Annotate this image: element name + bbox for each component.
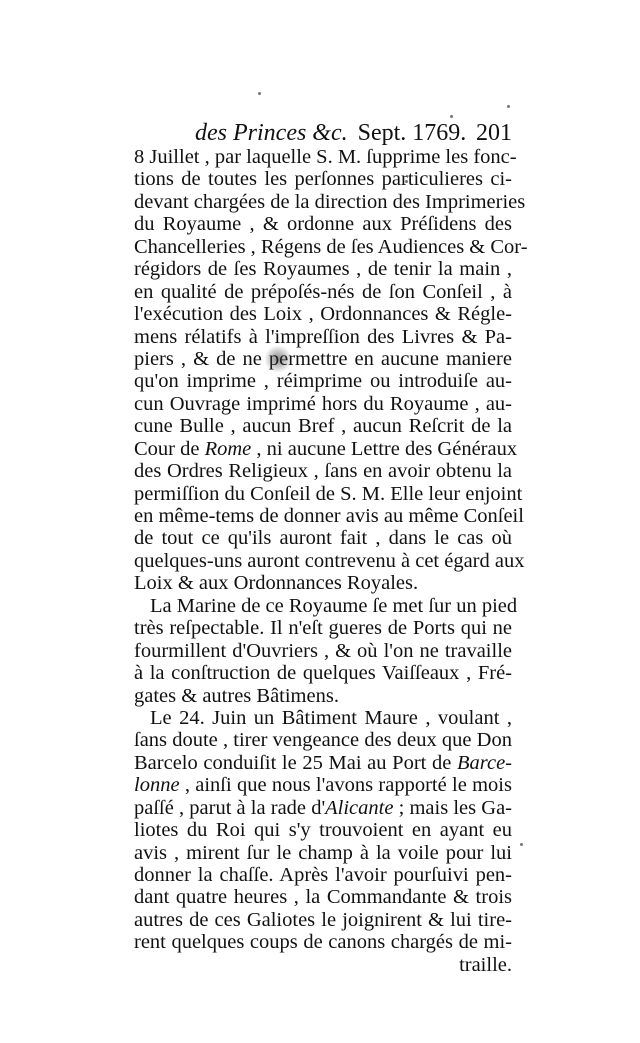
text-line: paſſé , parut à la rade d'Alicante ; mai… <box>134 797 512 819</box>
text-line: autres de ces Galiotes le joignirent & l… <box>134 909 512 931</box>
italic-term: Alicante <box>325 797 393 819</box>
text-line: tions de toutes les perſonnes particulie… <box>134 168 512 190</box>
italic-term: lonne <box>134 774 180 796</box>
text-line: de tout ce qu'ils auront fait , dans le … <box>134 527 512 549</box>
text-line: 8 Juillet , par laquelle S. M. ſupprime … <box>134 146 512 168</box>
scan-speck <box>258 92 261 95</box>
text-line: quelques-uns auront contrevenu à cet éga… <box>134 550 512 572</box>
text-line: donner la chaſſe. Après l'avoir pourſuiv… <box>134 864 512 886</box>
text-line: liotes du Roi qui s'y trouvoient en ayan… <box>134 819 512 841</box>
text-line: La Marine de ce Royaume ſe met ſur un pi… <box>134 595 512 617</box>
text-line: cune Bulle , aucun Bref , aucun Reſcrit … <box>134 415 512 437</box>
text-line: à la conſtruction de quelques Vaiſſeaux … <box>134 662 512 684</box>
running-head-title: des Princes &c. <box>195 120 348 146</box>
text-line: rent quelques coups de canons chargés de… <box>134 931 512 953</box>
body-text: 8 Juillet , par laquelle S. M. ſupprime … <box>134 146 512 976</box>
text-line: régidors de ſes Royaumes , de tenir la m… <box>134 258 512 280</box>
page-number: 201 <box>476 118 512 148</box>
book-page: des Princes &c. Sept. 1769. 201 8 Juille… <box>0 0 640 1043</box>
text-line: du Royaume , & ordonne aux Préſidens des <box>134 213 512 235</box>
text-line: dant quatre heures , la Commandante & tr… <box>134 886 512 908</box>
text-line: avis , mirent ſur le champ à la voile po… <box>134 842 512 864</box>
text-line: piers , & de ne permettre en aucune mani… <box>134 348 512 370</box>
scan-speck <box>507 105 510 108</box>
text-line: cun Ouvrage imprimé hors du Royaume , au… <box>134 393 512 415</box>
running-head-date: Sept. 1769. <box>358 120 467 146</box>
text-line: ſans doute , tirer vengeance des deux qu… <box>134 729 512 751</box>
scan-speck <box>520 843 523 846</box>
scan-speck <box>405 180 408 183</box>
text-line: gates & autres Bâtimens. <box>134 685 512 707</box>
text-line: mens rélatifs à l'impreſſion des Livres … <box>134 326 512 348</box>
text-line: permiſſion du Conſeil de S. M. Elle leur… <box>134 483 512 505</box>
text-line: des Ordres Religieux , ſans en avoir obt… <box>134 460 512 482</box>
text-line: lonne , ainſi que nous l'avons rapporté … <box>134 774 512 796</box>
text-line: qu'on imprime , réimprime ou introduiſe … <box>134 370 512 392</box>
italic-term: Rome <box>205 438 252 460</box>
text-line: en qualité de prépoſés-nés de ſon Conſei… <box>134 281 512 303</box>
text-line: Chancelleries , Régens de ſes Audiences … <box>134 236 512 258</box>
ink-blot <box>265 346 291 372</box>
text-line: Loix & aux Ordonnances Royales. <box>134 572 512 594</box>
text-line: Le 24. Juin un Bâtiment Maure , voulant … <box>134 707 512 729</box>
text-line: devant chargées de la direction des Impr… <box>134 191 512 213</box>
italic-term: Barce- <box>457 752 512 774</box>
text-line: Barcelo conduiſit le 25 Mai au Port de B… <box>134 752 512 774</box>
running-head: des Princes &c. Sept. 1769. 201 <box>195 118 515 148</box>
text-line: traille. <box>134 954 512 976</box>
text-line: fourmillent d'Ouvriers , & où l'on ne tr… <box>134 640 512 662</box>
text-line: l'exécution des Loix , Ordonnances & Rég… <box>134 303 512 325</box>
scan-speck <box>450 115 453 118</box>
text-line: très reſpectable. Il n'eſt gueres de Por… <box>134 617 512 639</box>
text-line: Cour de Rome , ni aucune Lettre des Géné… <box>134 438 512 460</box>
text-line: en même-tems de donner avis au même Conſ… <box>134 505 512 527</box>
